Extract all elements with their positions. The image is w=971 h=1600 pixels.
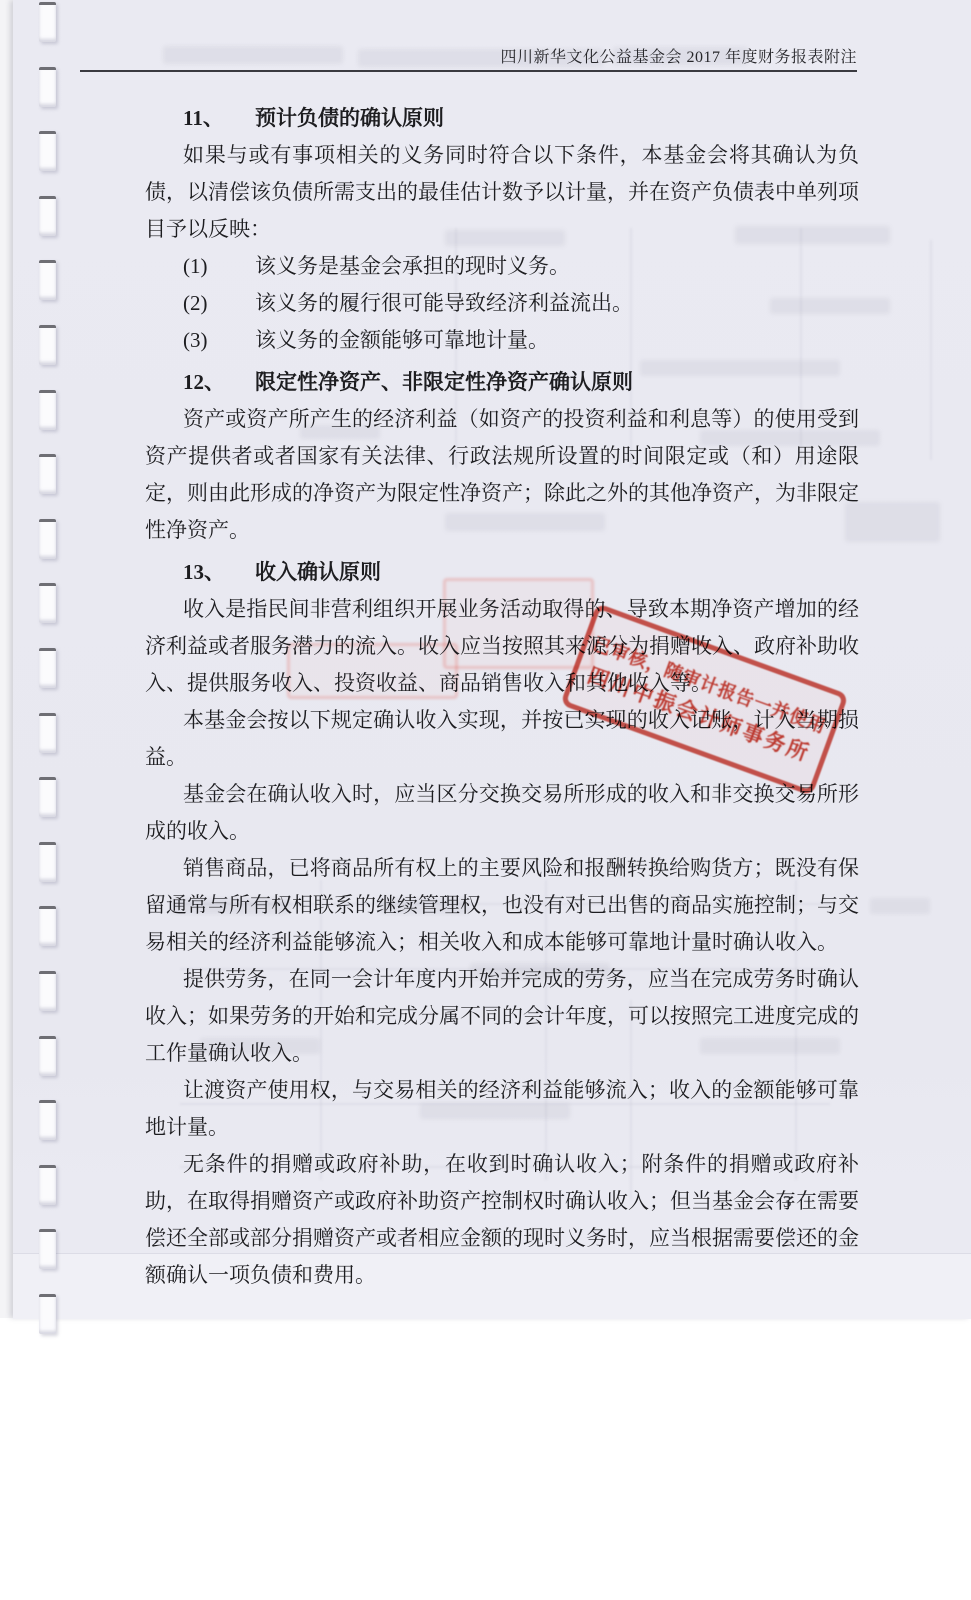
binding-hole bbox=[39, 713, 56, 753]
section-13-title: 收入确认原则 bbox=[255, 560, 381, 584]
binding-hole bbox=[39, 454, 56, 494]
list-item-2-marker: (2) bbox=[183, 285, 255, 322]
section-11-title: 预计负债的确认原则 bbox=[255, 106, 444, 130]
header-rule bbox=[80, 70, 857, 72]
binding-hole bbox=[39, 842, 56, 882]
list-item-1: (1)该义务是基金会承担的现时义务。 bbox=[145, 248, 859, 285]
page-number: 3 bbox=[783, 1192, 792, 1212]
list-item-1-marker: (1) bbox=[183, 248, 255, 285]
bleed-through-artifact bbox=[845, 502, 940, 542]
list-item-3-marker: (3) bbox=[183, 322, 255, 359]
list-item-3-text: 该义务的金额能够可靠地计量。 bbox=[255, 328, 549, 352]
section-13-number: 13、 bbox=[183, 554, 255, 591]
list-item-2-text: 该义务的履行很可能导致经济利益流出。 bbox=[255, 291, 633, 315]
scanned-document: 四川新华文化公益基金会 2017 年度财务报表附注 11、预计负债的确认原则 如… bbox=[0, 0, 971, 1600]
bleed-through-artifact bbox=[163, 46, 343, 64]
section-11-number: 11、 bbox=[183, 100, 255, 137]
binding-hole bbox=[39, 131, 56, 171]
section-11-paragraph: 如果与或有事项相关的义务同时符合以下条件，本基金会将其确认为负债，以清偿该负债所… bbox=[145, 137, 859, 248]
section-13-paragraph-4: 销售商品，已将商品所有权上的主要风险和报酬转换给购货方；既没有保留通常与所有权相… bbox=[145, 850, 859, 961]
section-12-paragraph: 资产或资产所产生的经济利益（如资产的投资利益和利息等）的使用受到资产提供者或者国… bbox=[145, 401, 859, 549]
binding-hole bbox=[39, 583, 56, 623]
binding-hole bbox=[39, 325, 56, 365]
binding-hole bbox=[39, 519, 56, 559]
section-13-paragraph-6: 让渡资产使用权，与交易相关的经济利益能够流入；收入的金额能够可靠地计量。 bbox=[145, 1072, 859, 1146]
binding-hole bbox=[39, 1165, 56, 1205]
section-12-heading: 12、限定性净资产、非限定性净资产确认原则 bbox=[145, 364, 859, 401]
list-item-2: (2)该义务的履行很可能导致经济利益流出。 bbox=[145, 285, 859, 322]
binding-hole bbox=[39, 1229, 56, 1269]
binding-hole bbox=[39, 390, 56, 430]
binding-hole bbox=[39, 1100, 56, 1140]
section-13-paragraph-5: 提供劳务，在同一会计年度内开始并完成的劳务，应当在完成劳务时确认收入；如果劳务的… bbox=[145, 961, 859, 1072]
scanner-edge-strip bbox=[0, 0, 13, 1318]
binding-hole bbox=[39, 971, 56, 1011]
bleed-through-artifact bbox=[870, 898, 930, 914]
list-item-3: (3)该义务的金额能够可靠地计量。 bbox=[145, 322, 859, 359]
binding-hole bbox=[39, 67, 56, 107]
section-13-paragraph-7: 无条件的捐赠或政府补助，在收到时确认收入；附条件的捐赠或政府补助，在取得捐赠资产… bbox=[145, 1146, 859, 1294]
section-11-heading: 11、预计负债的确认原则 bbox=[145, 100, 859, 137]
bleed-through-artifact bbox=[930, 240, 932, 460]
binding-hole bbox=[39, 2, 56, 42]
binding-hole bbox=[39, 648, 56, 688]
binding-hole bbox=[39, 196, 56, 236]
binding-hole bbox=[39, 1036, 56, 1076]
section-12-title: 限定性净资产、非限定性净资产确认原则 bbox=[255, 370, 633, 394]
section-13-heading: 13、收入确认原则 bbox=[145, 554, 859, 591]
binding-hole bbox=[39, 1294, 56, 1334]
report-header: 四川新华文化公益基金会 2017 年度财务报表附注 bbox=[500, 44, 857, 67]
section-12-number: 12、 bbox=[183, 364, 255, 401]
list-item-1-text: 该义务是基金会承担的现时义务。 bbox=[255, 254, 570, 278]
binding-hole bbox=[39, 777, 56, 817]
binding-hole bbox=[39, 906, 56, 946]
binding-hole bbox=[39, 260, 56, 300]
section-13-paragraph-3: 基金会在确认收入时，应当区分交换交易所形成的收入和非交换交易所形成的收入。 bbox=[145, 776, 859, 850]
scanned-page: 四川新华文化公益基金会 2017 年度财务报表附注 11、预计负债的确认原则 如… bbox=[13, 0, 971, 1318]
